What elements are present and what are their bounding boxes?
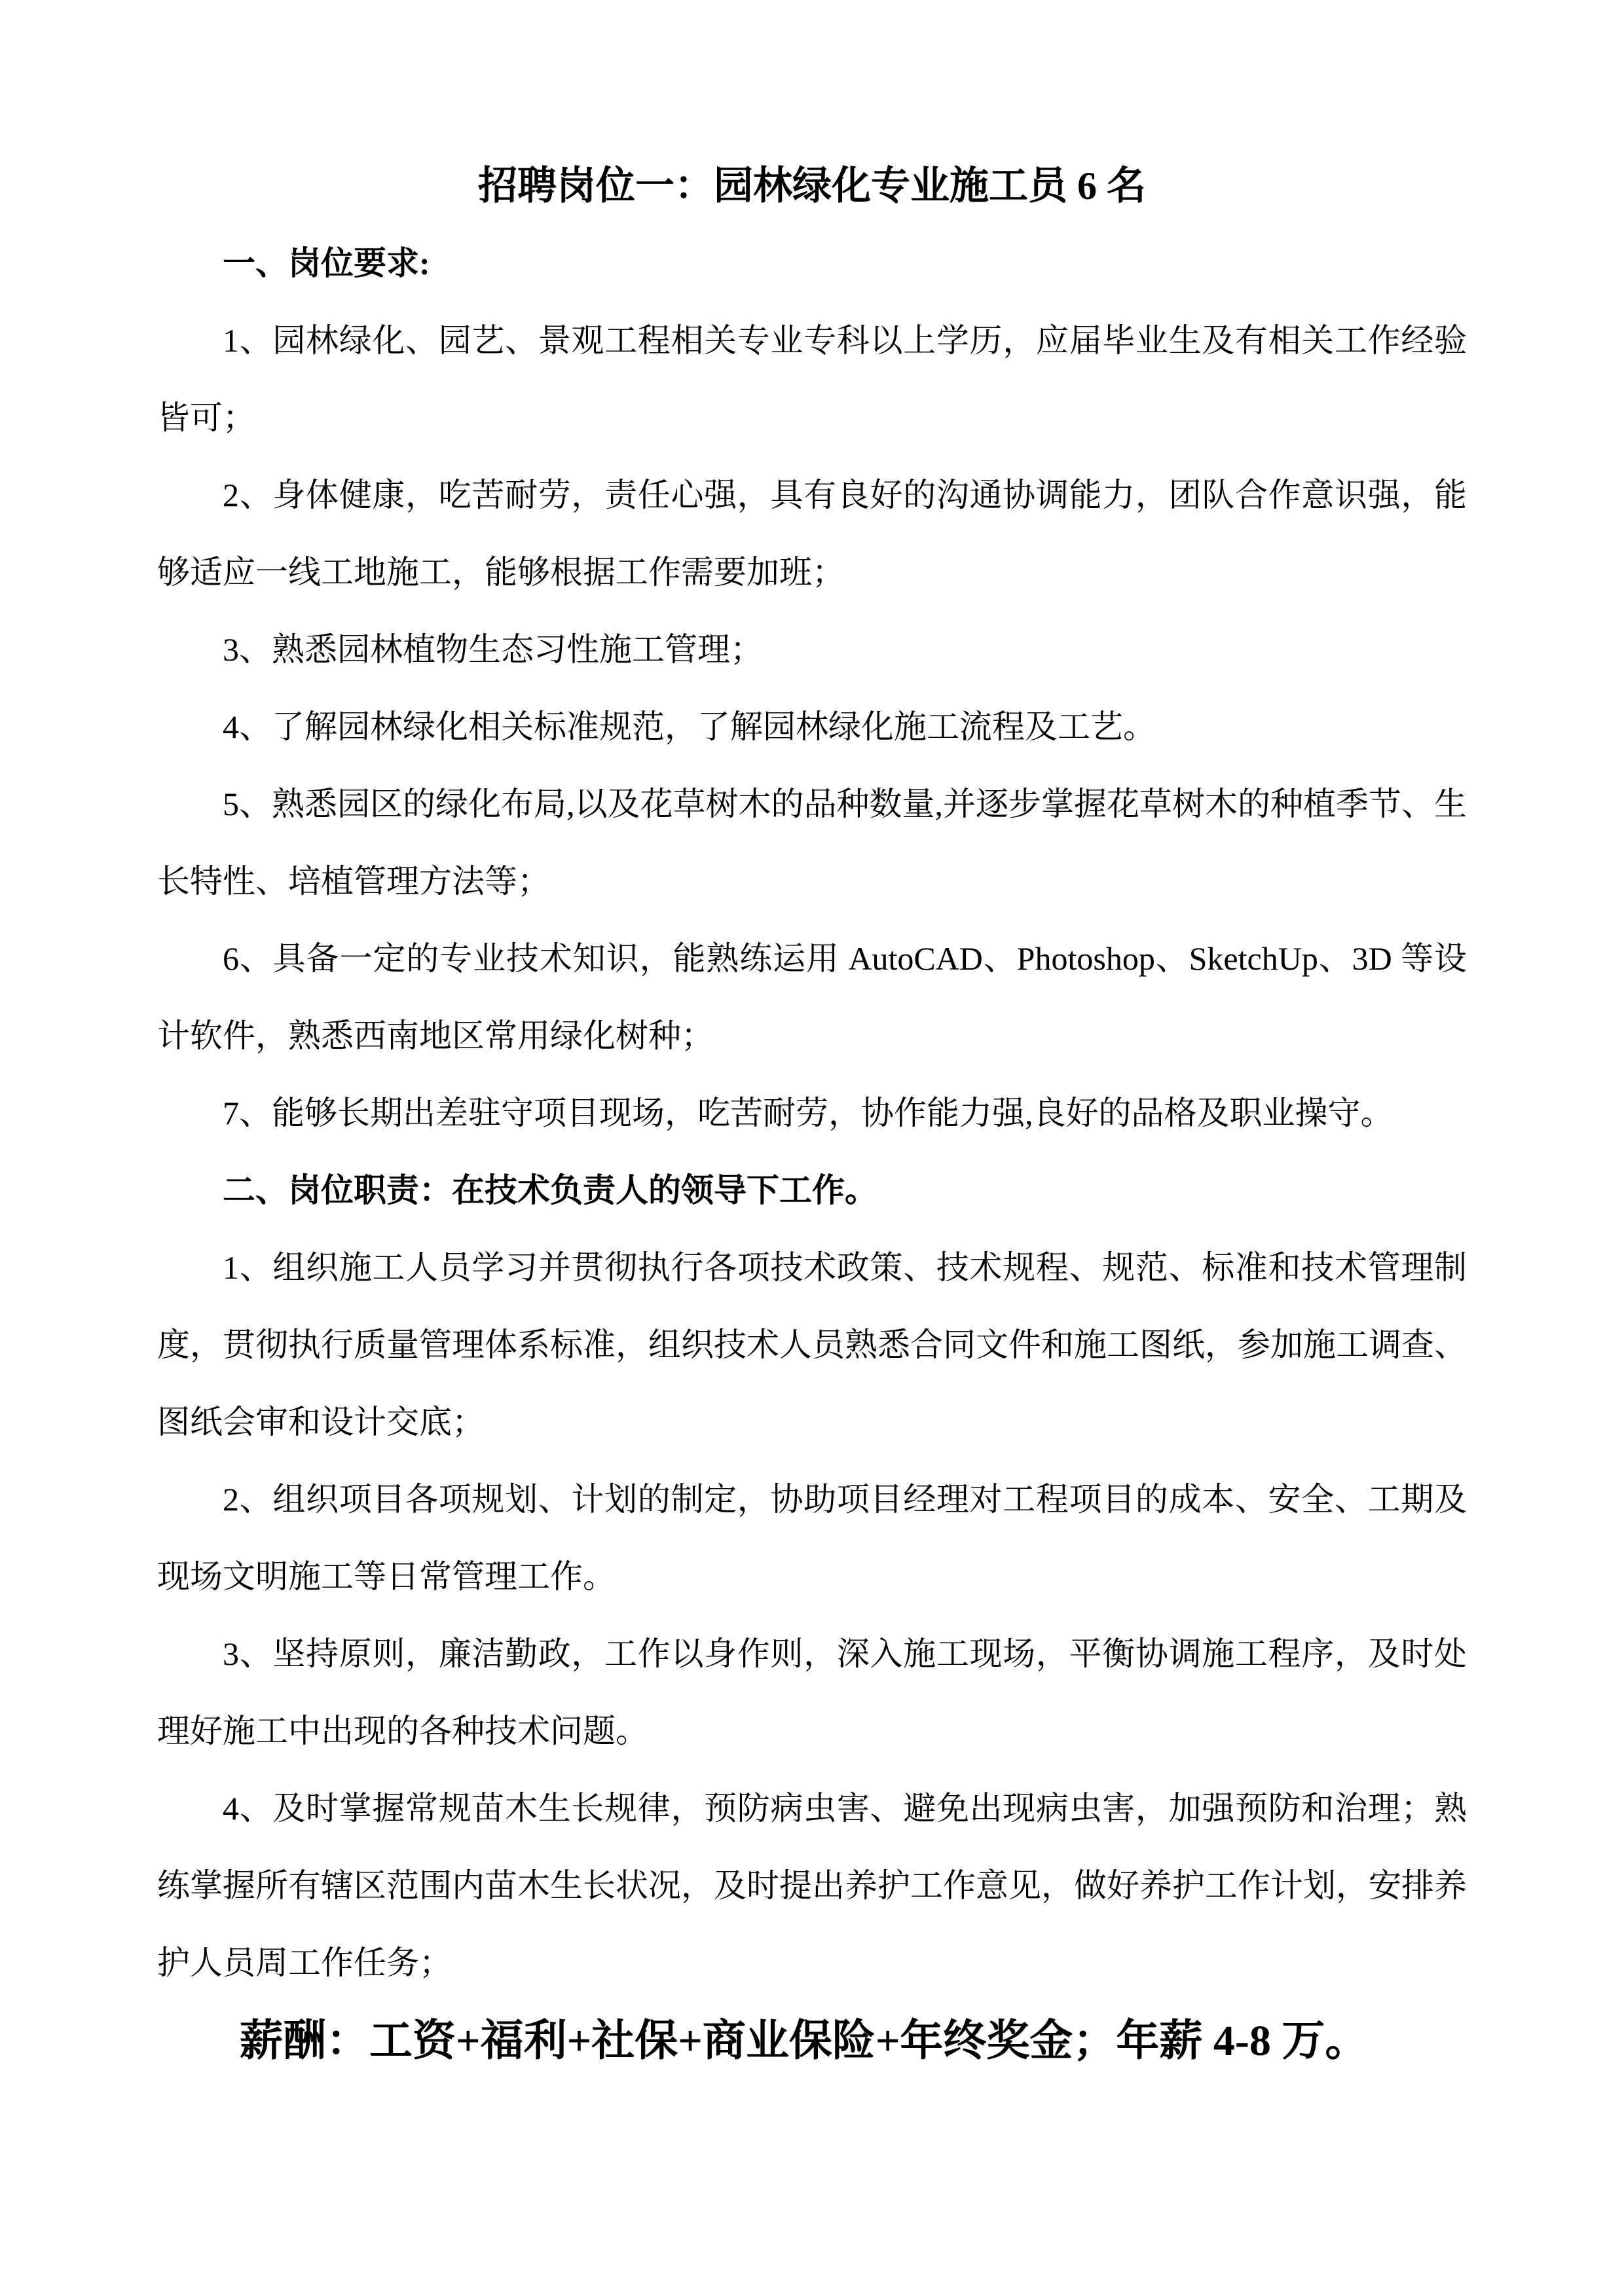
requirement-item-5: 5、熟悉园区的绿化布局,以及花草树木的品种数量,并逐步掌握花草树木的种植季节、生… xyxy=(157,765,1467,920)
duty-item-1: 1、组织施工人员学习并贯彻执行各项技术政策、技术规程、规范、标准和技术管理制度，… xyxy=(157,1229,1467,1461)
salary-line: 薪酬：工资+福利+社保+商业保险+年终奖金；年薪 4-8 万。 xyxy=(157,2001,1467,2081)
duty-item-3: 3、坚持原则，廉洁勤政，工作以身作则，深入施工现场，平衡协调施工程序，及时处理好… xyxy=(157,1615,1467,1770)
requirement-item-4: 4、了解园林绿化相关标准规范，了解园林绿化施工流程及工艺。 xyxy=(157,688,1467,765)
duty-item-4: 4、及时掌握常规苗木生长规律，预防病虫害、避免出现病虫害，加强预防和治理；熟练掌… xyxy=(157,1770,1467,2001)
document-page: 招聘岗位一：园林绿化专业施工员 6 名 一、岗位要求: 1、园林绿化、园艺、景观… xyxy=(0,0,1624,2296)
requirements-heading: 一、岗位要求: xyxy=(157,225,1467,302)
page-title: 招聘岗位一：园林绿化专业施工员 6 名 xyxy=(157,147,1467,225)
requirement-item-2: 2、身体健康，吃苦耐劳，责任心强，具有良好的沟通协调能力，团队合作意识强，能够适… xyxy=(157,456,1467,611)
requirement-item-7: 7、能够长期出差驻守项目现场，吃苦耐劳，协作能力强,良好的品格及职业操守。 xyxy=(157,1074,1467,1152)
duties-heading: 二、岗位职责：在技术负责人的领导下工作。 xyxy=(157,1152,1467,1229)
duty-item-2: 2、组织项目各项规划、计划的制定，协助项目经理对工程项目的成本、安全、工期及现场… xyxy=(157,1461,1467,1615)
requirement-item-6: 6、具备一定的专业技术知识，能熟练运用 AutoCAD、Photoshop、Sk… xyxy=(157,920,1467,1074)
requirement-item-1: 1、园林绿化、园艺、景观工程相关专业专科以上学历，应届毕业生及有相关工作经验皆可… xyxy=(157,302,1467,456)
requirement-item-3: 3、熟悉园林植物生态习性施工管理； xyxy=(157,611,1467,688)
